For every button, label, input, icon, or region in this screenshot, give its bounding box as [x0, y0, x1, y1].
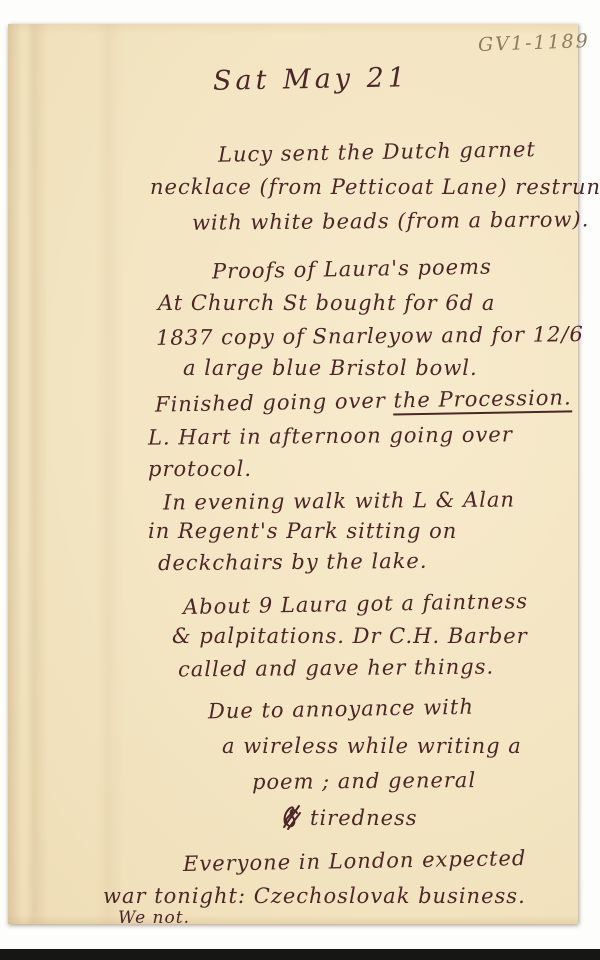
line-plain-part: Finished going over: [155, 388, 394, 416]
diary-line: called and gave her things.: [178, 655, 494, 682]
diary-line: tiredness: [280, 801, 418, 831]
diary-line: necklace (from Petticoat Lane) restrung: [150, 175, 600, 199]
diary-line: with white beads (from a barrow).: [192, 207, 590, 234]
diary-line: At Church St bought for 6d a: [158, 291, 495, 315]
diary-line: 1837 copy of Snarleyow and for 12/6: [156, 322, 584, 350]
diary-line: poem ; and general: [252, 768, 476, 794]
scanner-edge-band: [0, 949, 600, 960]
diary-line: In evening walk with L & Alan: [163, 487, 515, 514]
diary-line: Proofs of Laura's poems: [212, 255, 492, 284]
diary-line: a wireless while writing a: [222, 734, 522, 758]
diary-line: protocol.: [148, 457, 252, 481]
diary-line: a large blue Bristol bowl.: [183, 356, 478, 380]
diary-line: We not.: [118, 908, 190, 928]
underlined-phrase: the Procession.: [393, 385, 572, 415]
line-text: tiredness: [310, 806, 418, 830]
diary-line: L. Hart in afternoon going over: [148, 422, 513, 449]
diary-line: Due to annoyance with: [208, 695, 474, 724]
diary-line: in Regent's Park sitting on: [148, 519, 457, 543]
archive-reference: GV1-1189: [478, 30, 590, 56]
diary-line: war tonight: Czechoslovak business.: [103, 884, 526, 908]
diary-line: deckchairs by the lake.: [158, 549, 428, 575]
date-heading: Sat May 21: [213, 62, 409, 96]
diary-line: & palpitations. Dr C.H. Barber: [172, 624, 528, 648]
ink-scribble-deletion: [280, 801, 304, 831]
scanned-diary-page: GV1-1189 Sat May 21 Lucy sent the Dutch …: [0, 0, 600, 960]
